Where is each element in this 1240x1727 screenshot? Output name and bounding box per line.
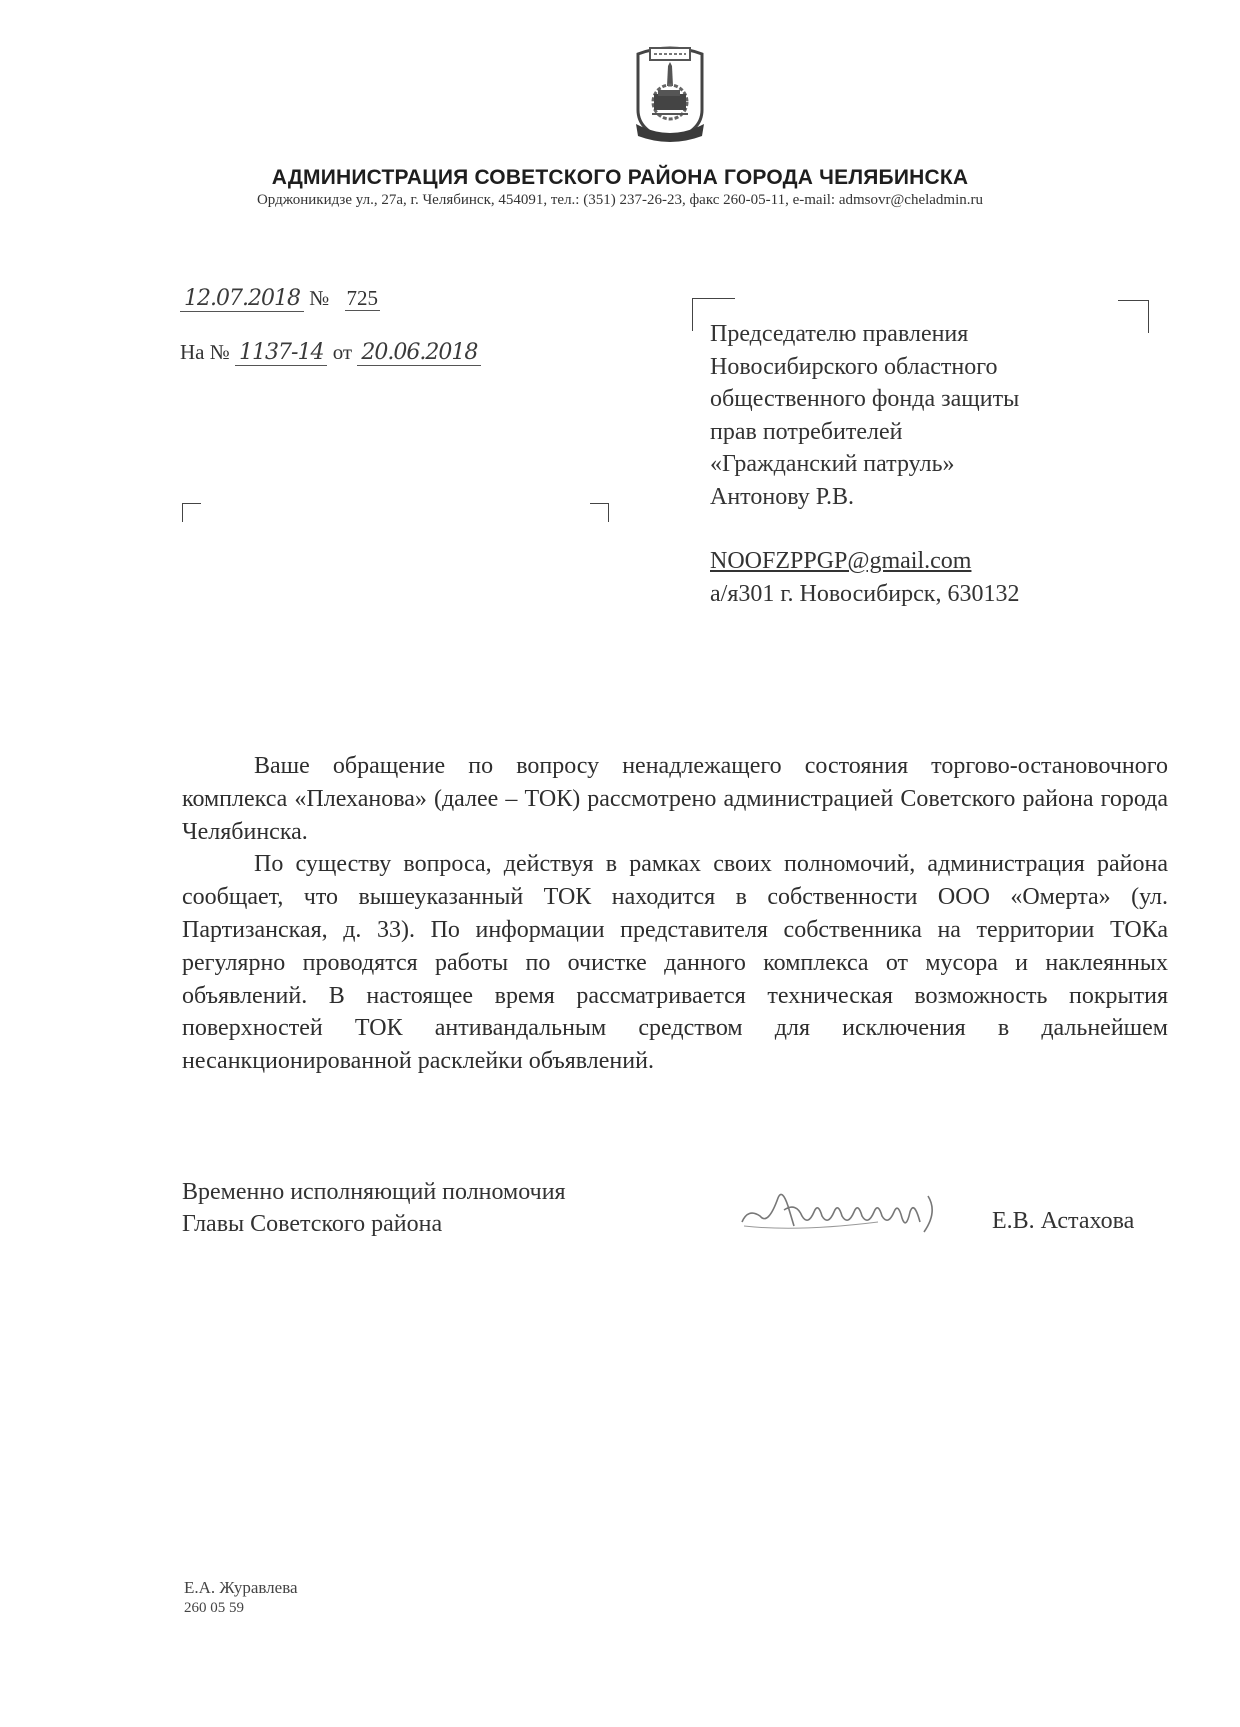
handwritten-signature-icon	[738, 1186, 968, 1236]
letter-body: Ваше обращение по вопросу ненадлежащего …	[182, 750, 1168, 1078]
addressee-line: Новосибирского областного	[710, 351, 1019, 384]
ref-from: от	[333, 340, 352, 364]
position-line: Временно исполняющий полномочия	[182, 1176, 566, 1208]
body-paragraph: Ваше обращение по вопросу ненадлежащего …	[182, 750, 1168, 848]
organization-title: АДМИНИСТРАЦИЯ СОВЕТСКОГО РАЙОНА ГОРОДА Ч…	[0, 166, 1240, 190]
signer-name: Е.В. Астахова	[992, 1208, 1134, 1235]
addressee-postal: а/я301 г. Новосибирск, 630132	[710, 578, 1019, 611]
addressee-corner-mark-tr	[1118, 300, 1149, 333]
subject-corner-mark-tr	[590, 503, 609, 522]
executor-phone: 260 05 59	[184, 1598, 298, 1619]
subject-corner-mark-tl	[182, 503, 201, 522]
coat-of-arms-icon	[628, 40, 712, 146]
body-paragraph: По существу вопроса, действуя в рамках с…	[182, 848, 1168, 1078]
number-sign: №	[309, 286, 329, 310]
reference-line: На № 1137-14 от 20.06.2018	[180, 340, 481, 365]
position-line: Главы Советского района	[182, 1208, 566, 1240]
outgoing-date: 12.07.2018	[180, 286, 304, 312]
outgoing-registration: 12.07.2018 № 725	[180, 286, 380, 311]
addressee-line: прав потребителей	[710, 416, 1019, 449]
executor-block: Е.А. Журавлева 260 05 59	[184, 1577, 298, 1619]
addressee-block: Председателю правления Новосибирского об…	[710, 318, 1019, 610]
executor-name: Е.А. Журавлева	[184, 1577, 298, 1598]
addressee-email[interactable]: NOOFZPPGP@gmail.com	[710, 545, 1019, 578]
addressee-line: Председателю правления	[710, 318, 1019, 351]
organization-address: Орджоникидзе ул., 27а, г. Челябинск, 454…	[0, 192, 1240, 209]
addressee-line: общественного фонда защиты	[710, 383, 1019, 416]
ref-date: 20.06.2018	[357, 340, 481, 366]
addressee-line: «Гражданский патруль»	[710, 448, 1019, 481]
outgoing-number: 725	[345, 286, 381, 311]
addressee-line: Антонову Р.В.	[710, 481, 1019, 514]
signatory-position: Временно исполняющий полномочия Главы Со…	[182, 1176, 566, 1240]
ref-prefix: На №	[180, 340, 230, 364]
ref-number: 1137-14	[235, 340, 327, 366]
